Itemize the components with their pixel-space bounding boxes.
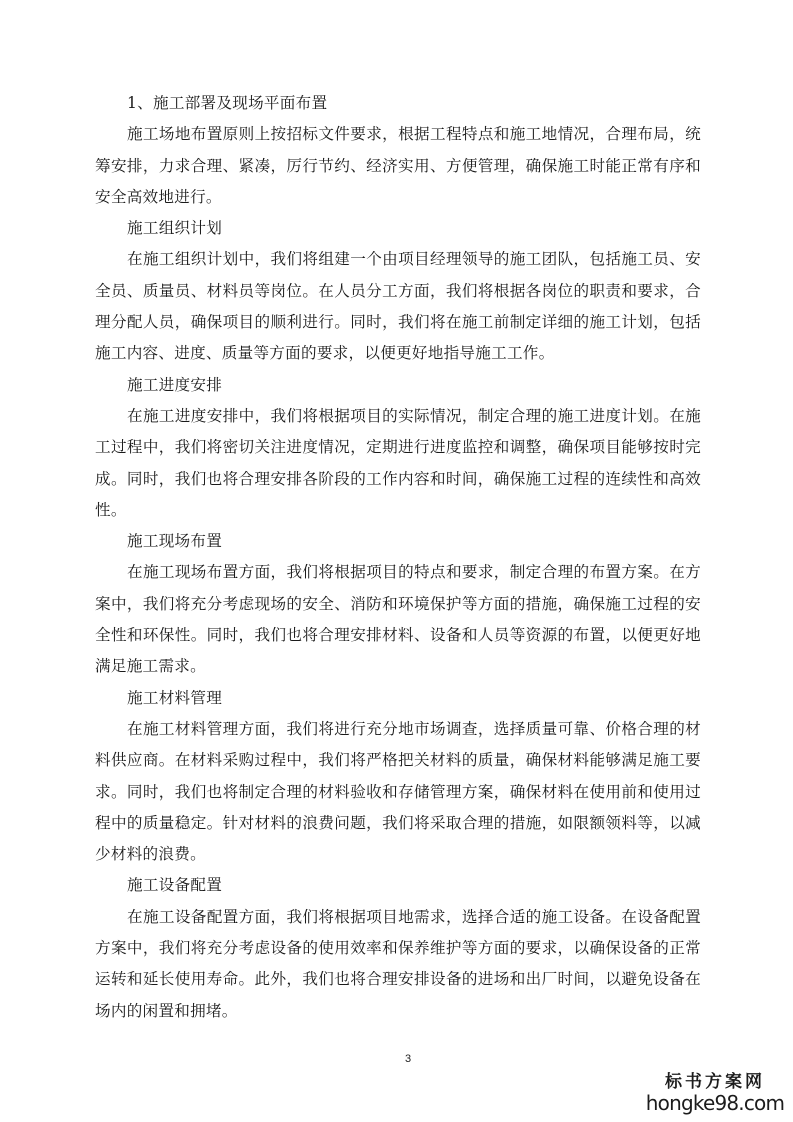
subheading-schedule: 施工进度安排 xyxy=(95,370,701,401)
paragraph-line: 在施工材料管理方面，我们将进行充分地市场调查，选择质量可靠、价格合理的材 xyxy=(95,714,701,745)
paragraph-line: 工过程中，我们将密切关注进度情况，定期进行进度监控和调整，确保项目能够按时完 xyxy=(95,432,701,463)
subheading-materials: 施工材料管理 xyxy=(95,683,701,714)
paragraph-line: 在施工设备配置方面，我们将根据项目地需求，选择合适的施工设备。在设备配置 xyxy=(95,902,701,933)
subheading-site-layout: 施工现场布置 xyxy=(95,526,701,557)
subheading-equipment: 施工设备配置 xyxy=(95,870,701,901)
paragraph-line: 理分配人员，确保项目的顺利进行。同时，我们将在施工前制定详细的施工计划，包括 xyxy=(95,307,701,338)
document-body: 1、施工部署及现场平面布置 施工场地布置原则上按招标文件要求，根据工程特点和施工… xyxy=(95,88,701,1027)
paragraph-line: 在施工现场布置方面，我们将根据项目的特点和要求，制定合理的布置方案。在方 xyxy=(95,557,701,588)
paragraph-line: 全性和环保性。同时，我们也将合理安排材料、设备和人员等资源的布置，以便更好地 xyxy=(95,620,701,651)
paragraph-line: 在施工组织计划中，我们将组建一个由项目经理领导的施工团队，包括施工员、安 xyxy=(95,244,701,275)
paragraph-line: 成。同时，我们也将合理安排各阶段的工作内容和时间，确保施工过程的连续性和高效 xyxy=(95,464,701,495)
paragraph-line: 运转和延长使用寿命。此外，我们也将合理安排设备的进场和出厂时间，以避免设备在 xyxy=(95,964,701,995)
watermark-logo: 标书方案网 hongke98.com xyxy=(640,1072,790,1114)
document-page: 1、施工部署及现场平面布置 施工场地布置原则上按招标文件要求，根据工程特点和施工… xyxy=(0,0,793,1122)
section-title: 1、施工部署及现场平面布置 xyxy=(95,88,701,119)
paragraph-line: 在施工进度安排中，我们将根据项目的实际情况，制定合理的施工进度计划。在施 xyxy=(95,401,701,432)
paragraph-line: 程中的质量稳定。针对材料的浪费问题，我们将采取合理的措施，如限额领料等，以减 xyxy=(95,808,701,839)
subheading-organization-plan: 施工组织计划 xyxy=(95,213,701,244)
paragraph-line: 全员、质量员、材料员等岗位。在人员分工方面，我们将根据各岗位的职责和要求，合 xyxy=(95,276,701,307)
watermark-name: 标书方案网 xyxy=(640,1072,790,1092)
paragraph-line: 料供应商。在材料采购过程中，我们将严格把关材料的质量，确保材料能够满足施工要 xyxy=(95,745,701,776)
paragraph-line: 求。同时，我们也将制定合理的材料验收和存储管理方案，确保材料在使用前和使用过 xyxy=(95,777,701,808)
paragraph-line: 施工内容、进度、质量等方面的要求，以便更好地指导施工工作。 xyxy=(95,338,701,369)
paragraph-line: 满足施工需求。 xyxy=(95,651,701,682)
paragraph-line: 案中，我们将充分考虑现场的安全、消防和环境保护等方面的措施，确保施工过程的安 xyxy=(95,589,701,620)
paragraph-line: 场内的闲置和拥堵。 xyxy=(95,996,701,1027)
paragraph-line: 施工场地布置原则上按招标文件要求，根据工程特点和施工地情况，合理布局，统 xyxy=(95,119,701,150)
paragraph-line: 安全高效地进行。 xyxy=(95,182,701,213)
paragraph-line: 少材料的浪费。 xyxy=(95,839,701,870)
watermark-url: hongke98.com xyxy=(640,1092,790,1114)
page-number: 3 xyxy=(405,1053,411,1065)
paragraph-line: 筹安排，力求合理、紧凑，厉行节约、经济实用、方便管理，确保施工时能正常有序和 xyxy=(95,151,701,182)
paragraph-line: 方案中，我们将充分考虑设备的使用效率和保养维护等方面的要求，以确保设备的正常 xyxy=(95,933,701,964)
paragraph-line: 性。 xyxy=(95,495,701,526)
